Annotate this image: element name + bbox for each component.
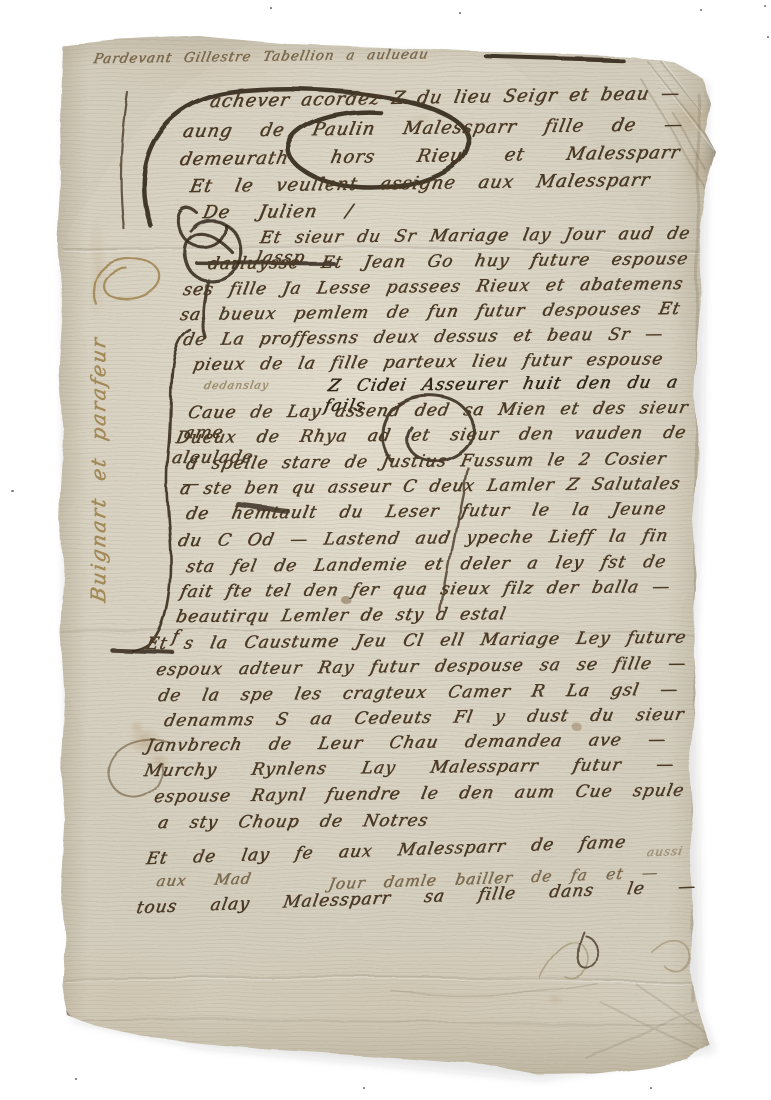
dust-speck [767, 36, 769, 38]
dust-speck [363, 1087, 365, 1089]
strike-line8 [196, 262, 333, 263]
manuscript-photo: Pardevant Gillestre Tabellion a aulueaua… [0, 0, 771, 1100]
dust-speck [459, 12, 461, 14]
dust-speck [764, 5, 766, 7]
dust-speck [650, 1087, 652, 1089]
margin-note: Buignart et parafeur [86, 255, 120, 606]
dust-speck [700, 9, 702, 11]
margin-note-text: Buignart et parafeur [86, 334, 110, 604]
paper-group [20, 20, 723, 1080]
margin-brace-flick [112, 650, 172, 652]
dust-speck [75, 1078, 77, 1080]
dust-speck [270, 7, 272, 9]
